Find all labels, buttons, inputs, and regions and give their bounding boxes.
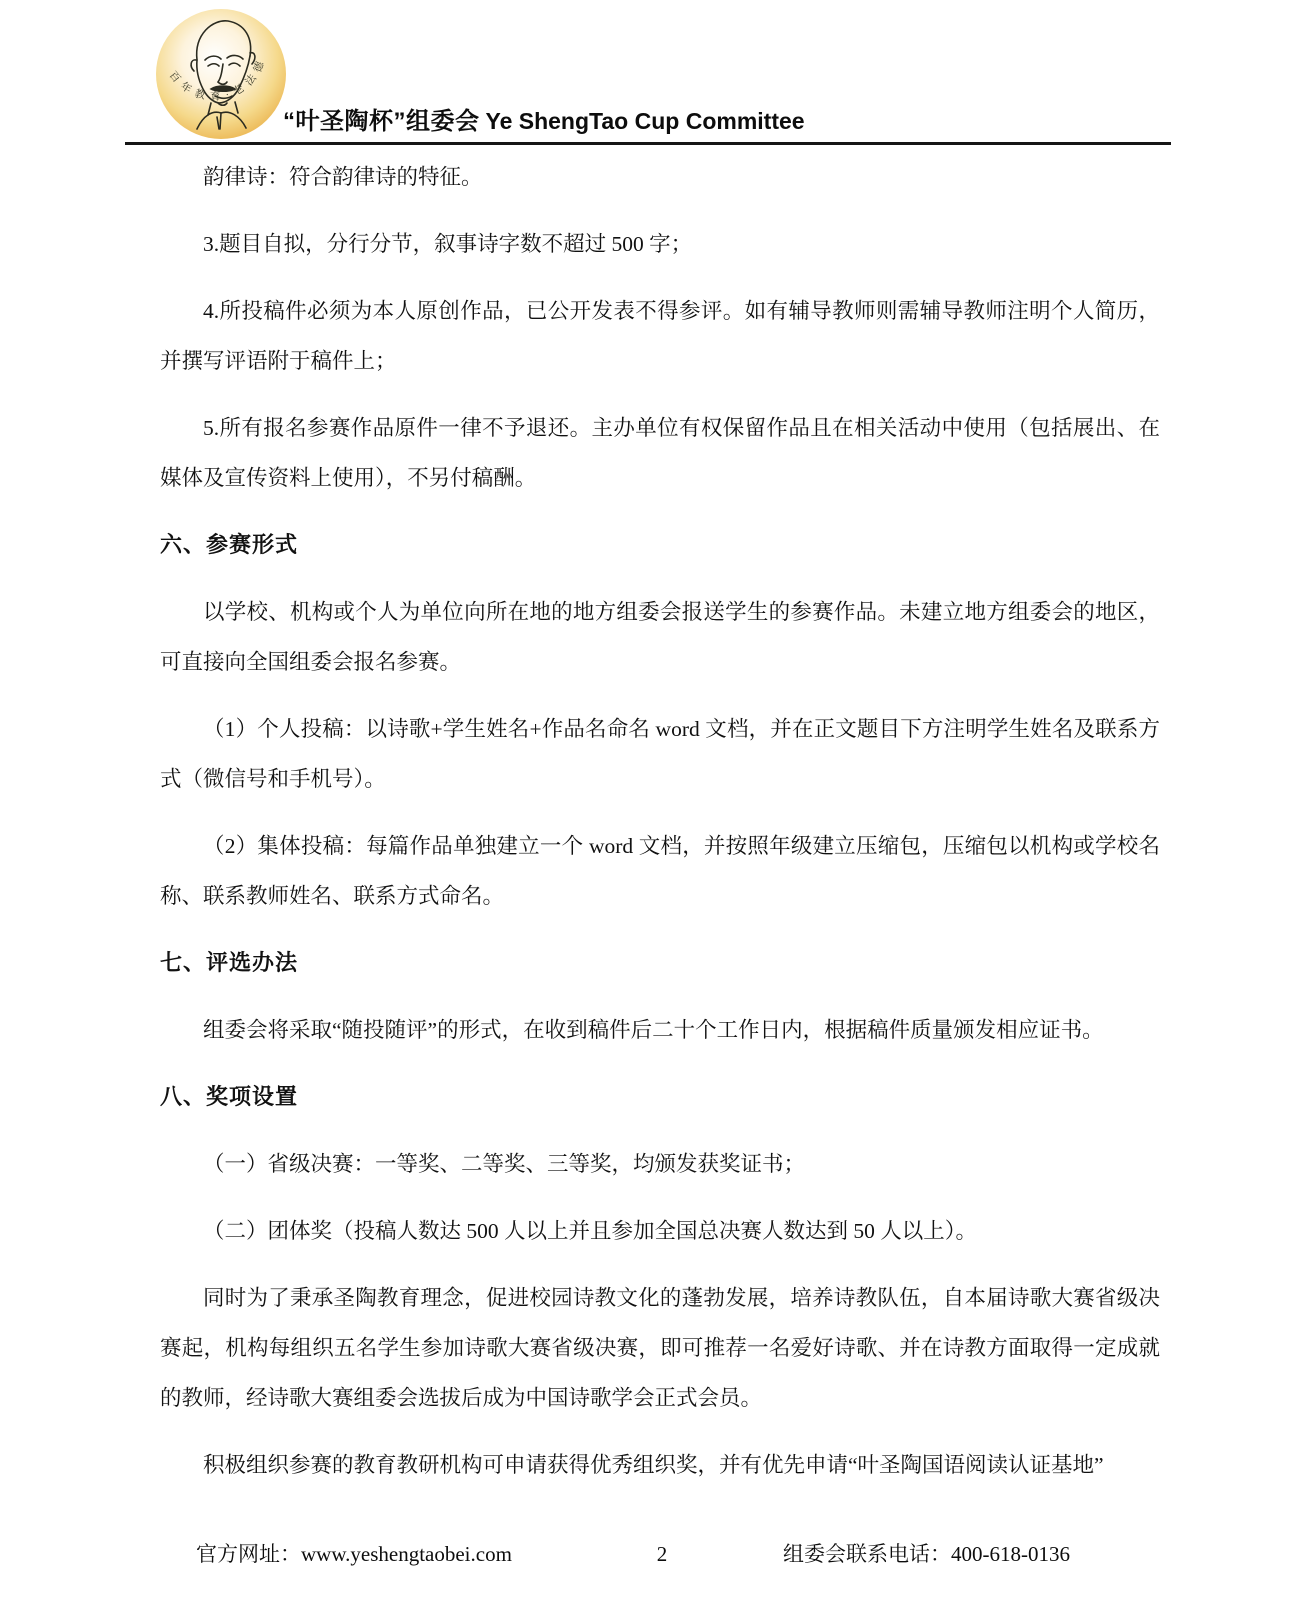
paragraph: （2）集体投稿：每篇作品单独建立一个 word 文档，并按照年级建立压缩包，压缩… xyxy=(160,821,1160,921)
document-page: 百年教育·老法德尚 “叶圣陶杯”组委会Ye ShengTao Cup Commi… xyxy=(0,0,1292,1600)
paragraph: （一）省级决赛：一等奖、二等奖、三等奖，均颁发获奖证书； xyxy=(160,1139,1160,1189)
paragraph: 韵律诗：符合韵律诗的特征。 xyxy=(160,152,1160,202)
footer-page-number: 2 xyxy=(648,1540,676,1568)
paragraph: 组委会将采取“随投随评”的形式，在收到稿件后二十个工作日内，根据稿件质量颁发相应… xyxy=(160,1005,1160,1055)
paragraph: 同时为了秉承圣陶教育理念，促进校园诗教文化的蓬勃发展，培养诗教队伍，自本届诗歌大… xyxy=(160,1273,1160,1423)
yeshengtao-logo-icon: 百年教育·老法德尚 xyxy=(155,8,287,140)
committee-title-en: Ye ShengTao Cup Committee xyxy=(486,108,805,134)
footer-website: 官方网址：www.yeshengtaobei.com xyxy=(196,1540,512,1568)
header-rule-line xyxy=(125,142,1171,145)
paragraph: 4.所投稿件必须为本人原创作品，已公开发表不得参评。如有辅导教师则需辅导教师注明… xyxy=(160,286,1160,386)
section-heading: 八、奖项设置 xyxy=(160,1072,1160,1122)
paragraph: 3.题目自拟，分行分节，叙事诗字数不超过 500 字； xyxy=(160,219,1160,269)
paragraph: （1）个人投稿：以诗歌+学生姓名+作品名命名 word 文档，并在正文题目下方注… xyxy=(160,704,1160,804)
committee-title-zh: “叶圣陶杯”组委会 xyxy=(283,108,480,135)
paragraph: （二）团体奖（投稿人数达 500 人以上并且参加全国总决赛人数达到 50 人以上… xyxy=(160,1206,1160,1256)
footer-phone: 组委会联系电话：400-618-0136 xyxy=(783,1540,1070,1568)
document-body: 韵律诗：符合韵律诗的特征。3.题目自拟，分行分节，叙事诗字数不超过 500 字；… xyxy=(160,152,1160,1507)
section-heading: 七、评选办法 xyxy=(160,938,1160,988)
section-heading: 六、参赛形式 xyxy=(160,520,1160,570)
paragraph: 积极组织参赛的教育教研机构可申请获得优秀组织奖，并有优先申请“叶圣陶国语阅读认证… xyxy=(160,1440,1160,1490)
paragraph: 5.所有报名参赛作品原件一律不予退还。主办单位有权保留作品且在相关活动中使用（包… xyxy=(160,403,1160,503)
paragraph: 以学校、机构或个人为单位向所在地的地方组委会报送学生的参赛作品。未建立地方组委会… xyxy=(160,587,1160,687)
committee-title: “叶圣陶杯”组委会Ye ShengTao Cup Committee xyxy=(283,106,805,137)
